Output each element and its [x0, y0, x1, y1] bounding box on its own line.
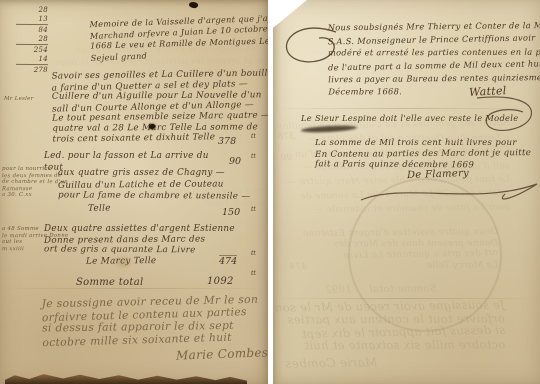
margin-number: 28 [12, 6, 48, 15]
margin-number: 28 [12, 35, 48, 44]
margin-annotation: Mr Lesler [4, 96, 34, 103]
margin-number: 84 [12, 26, 48, 35]
signature-marie-combes: Marie Combes [176, 345, 268, 362]
receipt-paragraph: Je soussigne avoir receu de Mr le son or… [42, 294, 260, 349]
tally-rule [16, 44, 48, 45]
bleed-through-amount: 90 [280, 153, 292, 163]
receipt-paragraph: La somme de Mil trois cent huit livres p… [315, 138, 531, 171]
amount-value: 150 [222, 207, 240, 218]
livre-mark: tt [251, 250, 256, 257]
paper-stain [112, 254, 134, 270]
left-page: S.A.S. Monseigneur le Prince Certiffions… [0, 0, 268, 384]
bleed-through-signature: Marie Combes [285, 355, 377, 370]
total-label: Somme total [76, 277, 143, 288]
livre-mark: tt [251, 153, 256, 160]
fold-crease [273, 298, 540, 299]
fold-crease [0, 288, 268, 289]
margin-number: 254 [12, 46, 48, 55]
manuscript-photo: S.A.S. Monseigneur le Prince Certiffions… [0, 0, 540, 384]
certification-paragraph: Nous soubsignés Mre Thierry et Conter de… [328, 19, 540, 100]
memoire-heading: Memoire de la Vaisselle d'argent que j'a… [89, 13, 268, 63]
livre-mark: tt [251, 206, 256, 213]
signature-underline-flourish [355, 178, 540, 210]
bleed-through-amount: 378 [277, 132, 295, 142]
torn-edge [5, 373, 247, 384]
bleed-through-amount: 474 [289, 262, 307, 272]
margin-number-column: 28 13 84 28 254 14 278 [12, 6, 48, 75]
margin-number: 14 [12, 54, 48, 63]
livre-mark: tt [251, 133, 256, 140]
entry-assiettes: Deux quatre assiettes d'argent Estienne … [44, 224, 235, 266]
amount-value: 90 [229, 156, 241, 167]
amount-value: 378 [218, 136, 236, 147]
amount-value: 474 [219, 255, 237, 267]
ink-blot [188, 1, 198, 9]
total-value: 1092 [207, 276, 234, 287]
entry-silverware: Savoir ses genoilles et La Cuillere d'un… [51, 68, 268, 145]
margin-number: 278 [12, 66, 48, 75]
livre-mark: tt [251, 270, 256, 277]
right-page: Savoir ses genoilles et La Cuillere d'un… [273, 0, 540, 384]
note-line: Le Sieur Lespine doit l'elle avec reste … [301, 113, 518, 123]
fold-crease [273, 108, 540, 109]
margin-number: 13 [12, 14, 48, 23]
